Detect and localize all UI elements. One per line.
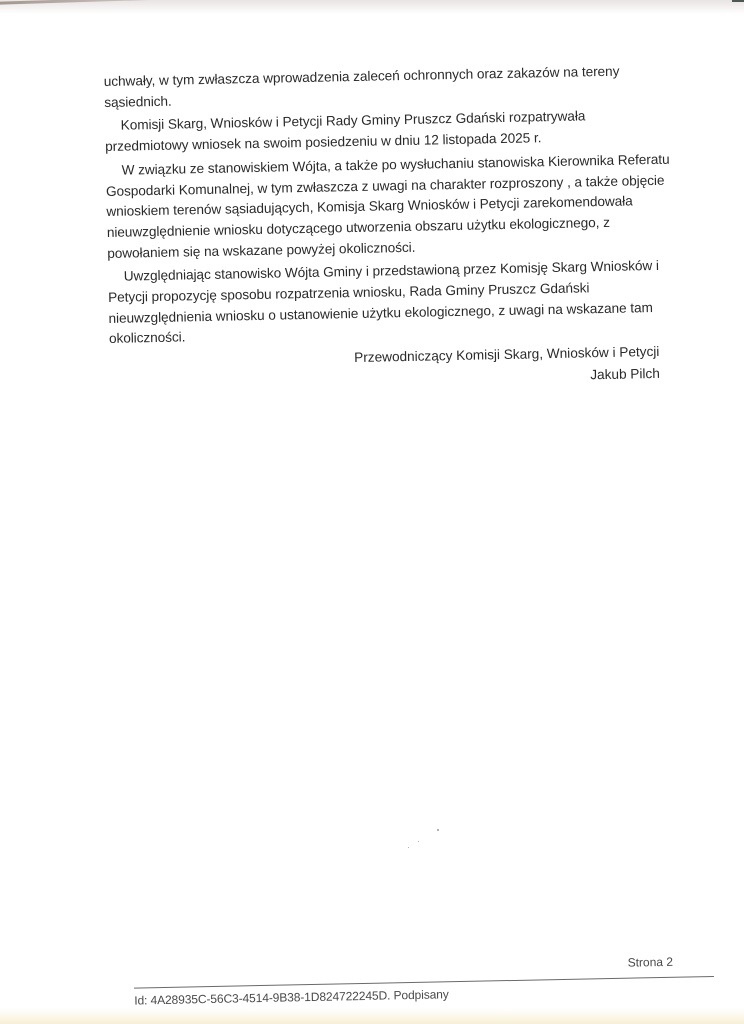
signature-block: Przewodniczący Komisji Skarg, Wniosków i… bbox=[255, 341, 660, 393]
paragraph-council-decision: Uwzględniając stanowisko Wójta Gminy i p… bbox=[108, 256, 675, 350]
document-body: uchwały, w tym zwłaszcza wprowadzenia za… bbox=[104, 61, 675, 353]
paragraph-committee-review: Komisji Skarg, Wniosków i Petycji Rady G… bbox=[105, 105, 671, 158]
scan-speck bbox=[408, 847, 409, 848]
document-id: Id: 4A28935C-56C3-4514-9B38-1D824722245D… bbox=[134, 987, 449, 1007]
footer-divider bbox=[134, 976, 714, 989]
page-number: Strona 2 bbox=[627, 955, 673, 970]
paragraph-committee-recommendation: W związku ze stanowiskiem Wójta, a także… bbox=[105, 149, 672, 264]
scan-speck bbox=[418, 841, 419, 842]
paragraph-continuation: uchwały, w tym zwłaszcza wprowadzenia za… bbox=[104, 61, 670, 114]
scan-speck bbox=[437, 829, 439, 831]
document-page: uchwały, w tym zwłaszcza wprowadzenia za… bbox=[0, 0, 744, 1024]
